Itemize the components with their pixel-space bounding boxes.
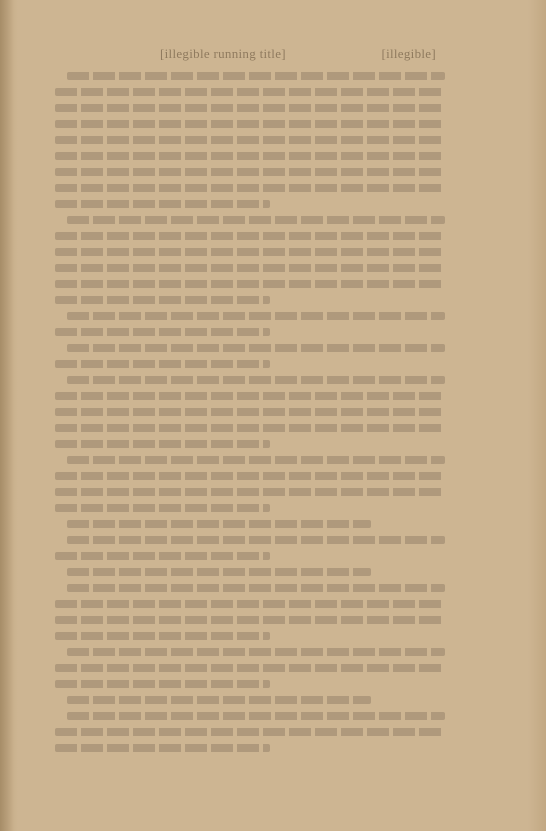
text-line — [55, 504, 270, 512]
text-line — [67, 344, 445, 352]
text-line — [67, 648, 445, 656]
text-line — [55, 360, 270, 368]
text-line — [55, 168, 445, 176]
text-line — [55, 664, 445, 672]
text-line — [55, 296, 270, 304]
text-line — [55, 392, 445, 400]
text-line — [55, 440, 270, 448]
text-line — [55, 184, 445, 192]
body-text — [55, 72, 445, 760]
text-line — [55, 328, 270, 336]
text-line — [67, 568, 371, 576]
text-line — [67, 536, 445, 544]
text-line — [55, 280, 445, 288]
text-line — [55, 264, 445, 272]
text-line — [55, 472, 445, 480]
text-line — [67, 456, 445, 464]
text-line — [55, 488, 445, 496]
text-line — [67, 520, 371, 528]
text-line — [67, 696, 371, 704]
text-line — [55, 152, 445, 160]
text-line — [55, 632, 270, 640]
text-line — [67, 216, 445, 224]
text-line — [55, 744, 270, 752]
text-line — [55, 136, 445, 144]
text-line — [55, 680, 270, 688]
page-number: [illegible] — [381, 46, 436, 62]
text-line — [67, 72, 445, 80]
text-line — [55, 552, 270, 560]
text-line — [55, 232, 445, 240]
text-line — [55, 616, 445, 624]
text-line — [55, 88, 445, 96]
text-line — [55, 120, 445, 128]
text-line — [55, 200, 270, 208]
text-line — [55, 600, 445, 608]
text-line — [55, 408, 445, 416]
running-header: [illegible running title] [illegible] — [70, 44, 436, 64]
text-line — [55, 104, 445, 112]
book-page: [illegible running title] [illegible] Bo… — [0, 0, 546, 831]
running-title: [illegible running title] — [160, 46, 286, 62]
text-line — [67, 712, 445, 720]
text-line — [67, 312, 445, 320]
spine-shadow — [0, 0, 14, 831]
text-line — [55, 248, 445, 256]
text-line — [55, 728, 445, 736]
text-line — [67, 584, 445, 592]
text-line — [67, 376, 445, 384]
text-line — [55, 424, 445, 432]
